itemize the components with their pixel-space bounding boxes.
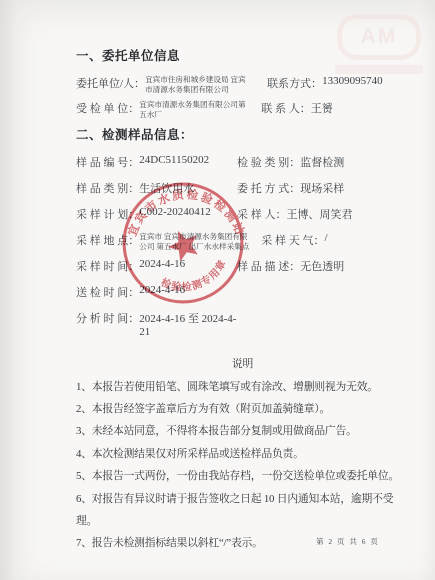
client-row: 委托单位/人： 宜宾市住房和城乡建设局 宜宾 市清源水务集团有限公司 联系方式：… <box>76 75 409 95</box>
client-value: 宜宾市住房和城乡建设局 宜宾 市清源水务集团有限公司 <box>145 75 267 94</box>
note-item-6: 6、对报告有异议时请于报告签收之日起 10 日内通知本站，逾期不受 理。 <box>76 488 409 533</box>
inspected-unit-row: 受 检 单 位： 宜宾市清源水务集团有限公司第 五水厂 联 系 人： 王赟 <box>76 100 409 120</box>
sample-info-section: 样 品 编 号： 24DC51150202 检 验 类 别： 监督检测 样 品 … <box>76 154 409 338</box>
sampling-plan-label: 采 样 计 划： <box>76 206 139 222</box>
note-item-5: 5、本报告一式两份，一份由我站存档，一份交送检单位或委托单位。 <box>76 465 409 487</box>
analysis-time-row: 分 析 时 间： 2024-4-16 至 2024-4-21 <box>76 310 409 338</box>
sampling-location-label: 采 样 地 点： <box>76 232 139 248</box>
sampling-location-row: 采 样 地 点： 宜宾市 宜宾市清源水务集团有限 公司 第五水厂 出厂水水样采集… <box>76 232 409 251</box>
note-item-4: 4、本次检测结果仅对所采样品或送检样品负责。 <box>76 443 409 465</box>
sampling-plan-row: 采 样 计 划： C002-20240412 采 样 人： 王博、周笑君 <box>76 206 409 222</box>
sample-description-value: 无色透明 <box>300 258 344 274</box>
sampler-value: 王博、周笑君 <box>287 206 353 222</box>
submission-time-row: 送 检 时 间： 2024-4-16 <box>76 284 409 300</box>
note-item-2: 2、本报告经签字盖章后方为有效（附页加盖骑缝章）。 <box>76 398 409 420</box>
note-item-3: 3、未经本站同意，不得将本报告部分复制或用做商品广告。 <box>76 420 409 442</box>
client-label: 委托单位/人： <box>76 75 145 91</box>
notes-section: 说明 1、本报告若使用铅笔、圆珠笔填写或有涂改、增删则视为无效。 2、本报告经签… <box>76 353 409 555</box>
commission-mode-value: 现场采样 <box>300 180 344 196</box>
sample-category-label: 样 品 类 别： <box>76 180 139 196</box>
notes-title: 说明 <box>76 353 409 375</box>
sampling-time-label: 采 样 时 间： <box>76 258 139 274</box>
contact-person-value: 王赟 <box>311 100 333 116</box>
submission-time-value: 2024-4-16 <box>139 284 185 296</box>
section1-title: 一、委托单位信息 <box>76 46 409 64</box>
sampling-weather-value: / <box>325 232 328 244</box>
contact-person-label: 联 系 人： <box>261 100 311 116</box>
sampling-weather-label: 采 样 天 气： <box>261 232 324 248</box>
commission-mode-label: 委 托 方 式： <box>237 180 300 196</box>
sampling-time-row: 采 样 时 间： 2024-4-16 样 品 描 述： 无色透明 <box>76 258 409 274</box>
sample-category-value: 生活饮用水 <box>139 180 194 196</box>
analysis-time-value: 2024-4-16 至 2024-4-21 <box>139 310 237 338</box>
contact-method-label: 联系方式： <box>267 75 322 91</box>
sample-description-label: 样 品 描 述： <box>237 258 300 274</box>
sample-id-row: 样 品 编 号： 24DC51150202 检 验 类 别： 监督检测 <box>76 154 409 170</box>
note-item-1: 1、本报告若使用铅笔、圆珠笔填写或有涂改、增删则视为无效。 <box>76 376 409 398</box>
contact-method-value: 13309095740 <box>322 75 383 87</box>
analysis-time-label: 分 析 时 间： <box>76 310 139 326</box>
sampling-time-value: 2024-4-16 <box>139 258 185 270</box>
submission-time-label: 送 检 时 间： <box>76 284 139 300</box>
sample-id-label: 样 品 编 号： <box>76 154 139 170</box>
sampling-plan-value: C002-20240412 <box>139 206 211 218</box>
inspection-type-label: 检 验 类 别： <box>237 154 300 170</box>
inspected-unit-value: 宜宾市清源水务集团有限公司第 五水厂 <box>139 100 261 119</box>
report-page: AM 一、委托单位信息 委托单位/人： 宜宾市住房和城乡建设局 宜宾 市清源水务… <box>0 0 435 580</box>
section2-title: 二、检测样品信息： <box>76 125 409 143</box>
sampler-label: 采 样 人： <box>237 206 287 222</box>
inspected-unit-label: 受 检 单 位： <box>76 100 139 116</box>
sample-category-row: 样 品 类 别： 生活饮用水 委 托 方 式： 现场采样 <box>76 180 409 196</box>
report-content: 一、委托单位信息 委托单位/人： 宜宾市住房和城乡建设局 宜宾 市清源水务集团有… <box>76 46 409 555</box>
sampling-location-value: 宜宾市 宜宾市清源水务集团有限 公司 第五水厂 出厂水水样采集点 <box>139 232 261 251</box>
page-number: 第 2 页 共 6 页 <box>316 536 379 547</box>
inspection-type-value: 监督检测 <box>300 154 344 170</box>
sample-id-value: 24DC51150202 <box>139 154 209 166</box>
client-info-section: 委托单位/人： 宜宾市住房和城乡建设局 宜宾 市清源水务集团有限公司 联系方式：… <box>76 75 409 120</box>
